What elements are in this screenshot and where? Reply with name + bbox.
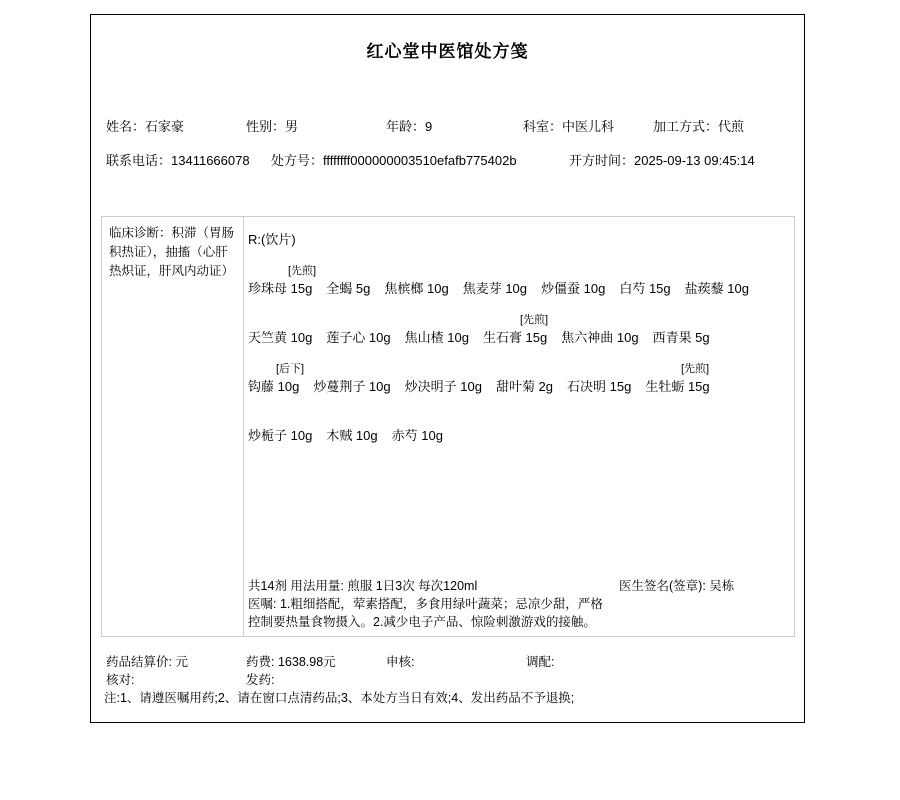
medicine-item: 焦麦芽 10g bbox=[463, 278, 527, 297]
issue-time-field: 开方时间：2025-09-13 09:45:14 bbox=[569, 150, 755, 169]
compound-label: 调配: bbox=[526, 655, 554, 669]
decoct-first-tag: [先煎] bbox=[520, 311, 548, 327]
rx-number-value: ffffffff000000003510efafb775402b bbox=[323, 153, 517, 168]
patient-name-field: 姓名：石家豪 bbox=[106, 116, 184, 135]
clinic-title: 红心堂中医馆处方笺 bbox=[91, 37, 804, 62]
medicine-line-4: 炒栀子 10g木贼 10g赤芍 10g bbox=[248, 425, 788, 444]
medicine-item: 焦山楂 10g bbox=[405, 327, 469, 346]
check-field: 核对: bbox=[106, 670, 134, 688]
medicine-item: 天竺黄 10g bbox=[248, 327, 312, 346]
usage-row: 共14剂 用法用量: 煎服 1日3次 每次120ml 医生签名(签章): 吴栋 bbox=[248, 577, 790, 595]
fee-value: 1638.98元 bbox=[278, 655, 336, 669]
gender-label: 性别： bbox=[246, 119, 285, 134]
prescription-table: 临床诊断：积滞（胃肠积热证），抽搐（心肝热炽证，肝风内动证） R:(饮片) [先… bbox=[101, 216, 795, 637]
medicine-item: 莲子心 10g bbox=[326, 327, 390, 346]
medicine-item: 白芍 15g bbox=[619, 278, 670, 297]
medicine-item: 赤芍 10g bbox=[392, 425, 443, 444]
review-field: 申核: bbox=[386, 652, 414, 670]
medicine-item: 炒僵蚕 10g bbox=[541, 278, 605, 297]
medicine-item: 木贼 10g bbox=[326, 425, 377, 444]
medicine-line-1: 珍珠母 15g全蝎 5g焦槟榔 10g焦麦芽 10g炒僵蚕 10g白芍 15g盐… bbox=[248, 278, 788, 297]
department-field: 科室：中医儿科 bbox=[523, 116, 614, 135]
medicine-item: 珍珠母 15g bbox=[248, 278, 312, 297]
compound-field: 调配: bbox=[526, 652, 554, 670]
medicine-item: 炒决明子 10g bbox=[405, 376, 482, 395]
fee-label: 药费: bbox=[246, 655, 274, 669]
rx-header: R:(饮片) bbox=[248, 229, 788, 248]
dispense-label: 发药: bbox=[246, 673, 274, 687]
prescription-sheet: 红心堂中医馆处方笺 姓名：石家豪 性别：男 年龄：9 科室：中医儿科 加工方式：… bbox=[90, 14, 805, 723]
tag-row-2: [先煎] bbox=[248, 311, 788, 324]
dose-usage-text: 共14剂 用法用量: 煎服 1日3次 每次120ml bbox=[248, 579, 477, 593]
tag-row-3: [后下] [先煎] bbox=[248, 360, 788, 373]
department-label: 科室： bbox=[523, 119, 562, 134]
prescription-page: 红心堂中医馆处方笺 姓名：石家豪 性别：男 年龄：9 科室：中医儿科 加工方式：… bbox=[0, 0, 900, 800]
phone-field: 联系电话：13411666078 bbox=[106, 150, 250, 169]
gender-field: 性别：男 bbox=[246, 116, 298, 135]
patient-name-label: 姓名： bbox=[106, 119, 145, 134]
processing-value: 代煎 bbox=[718, 119, 744, 134]
medicine-item: 西青果 5g bbox=[653, 327, 710, 346]
medicine-item: 全蝎 5g bbox=[326, 278, 370, 297]
processing-field: 加工方式：代煎 bbox=[653, 116, 744, 135]
gender-value: 男 bbox=[285, 119, 298, 134]
settle-price-value: 元 bbox=[175, 655, 188, 669]
processing-label: 加工方式： bbox=[653, 119, 718, 134]
decoct-first-tag: [先煎] bbox=[288, 262, 316, 278]
issue-time-label: 开方时间： bbox=[569, 153, 634, 168]
age-field: 年龄：9 bbox=[386, 116, 432, 135]
medicine-item: 炒栀子 10g bbox=[248, 425, 312, 444]
medicine-line-3: 钩藤 10g炒蔓荆子 10g炒决明子 10g甜叶菊 2g石决明 15g生牡蛎 1… bbox=[248, 376, 788, 395]
diagnosis-text: 临床诊断：积滞（胃肠积热证），抽搐（心肝热炽证，肝风内动证） bbox=[109, 224, 236, 281]
settle-price-label: 药品结算价: bbox=[106, 655, 172, 669]
medicine-item: 生牡蛎 15g bbox=[645, 376, 709, 395]
medicine-item: 焦槟榔 10g bbox=[384, 278, 448, 297]
medicine-line-2: 天竺黄 10g莲子心 10g焦山楂 10g生石膏 15g焦六神曲 10g西青果 … bbox=[248, 327, 788, 346]
settle-price-field: 药品结算价: 元 bbox=[106, 652, 188, 670]
rx-number-field: 处方号：ffffffff000000003510efafb775402b bbox=[271, 150, 517, 169]
phone-label: 联系电话： bbox=[106, 153, 171, 168]
check-label: 核对: bbox=[106, 673, 134, 687]
medicine-item: 盐蒺藜 10g bbox=[685, 278, 749, 297]
age-value: 9 bbox=[425, 119, 432, 134]
age-label: 年龄： bbox=[386, 119, 425, 134]
doctor-advice-line-1: 医嘱: 1.粗细搭配，荤素搭配，多食用绿叶蔬菜；忌凉少甜，严格 bbox=[248, 595, 790, 613]
tag-row-1: [先煎] bbox=[248, 262, 788, 275]
rx-footer: 共14剂 用法用量: 煎服 1日3次 每次120ml 医生签名(签章): 吴栋 … bbox=[248, 577, 790, 631]
medicine-item: 焦六神曲 10g bbox=[561, 327, 638, 346]
review-label: 申核: bbox=[386, 655, 414, 669]
add-later-tag: [后下] bbox=[276, 360, 304, 376]
issue-time-value: 2025-09-13 09:45:14 bbox=[634, 153, 755, 168]
rx-cell: R:(饮片) [先煎] 珍珠母 15g全蝎 5g焦槟榔 10g焦麦芽 10g炒僵… bbox=[244, 217, 794, 636]
medicine-item: 生石膏 15g bbox=[483, 327, 547, 346]
diagnosis-cell: 临床诊断：积滞（胃肠积热证），抽搐（心肝热炽证，肝风内动证） bbox=[102, 217, 244, 636]
dispense-field: 发药: bbox=[246, 670, 274, 688]
medicine-item: 石决明 15g bbox=[567, 376, 631, 395]
medicine-item: 钩藤 10g bbox=[248, 376, 299, 395]
decoct-first-tag: [先煎] bbox=[681, 360, 709, 376]
doctor-name: 吴栋 bbox=[709, 579, 734, 593]
medicine-item: 炒蔓荆子 10g bbox=[313, 376, 390, 395]
footer-note: 注:1、请遵医嘱用药;2、请在窗口点清药品;3、本处方当日有效;4、发出药品不予… bbox=[104, 688, 574, 706]
doctor-sign-label: 医生签名(签章): bbox=[619, 579, 709, 593]
department-value: 中医儿科 bbox=[562, 119, 614, 134]
fee-field: 药费: 1638.98元 bbox=[246, 652, 336, 670]
rx-number-label: 处方号： bbox=[271, 153, 323, 168]
doctor-advice-line-2: 控制要热量食物摄入。2.减少电子产品、惊险刺激游戏的接触。 bbox=[248, 613, 790, 631]
doctor-signature: 医生签名(签章): 吴栋 bbox=[619, 577, 734, 595]
phone-value: 13411666078 bbox=[171, 153, 250, 168]
medicine-item: 甜叶菊 2g bbox=[496, 376, 553, 395]
patient-name-value: 石家豪 bbox=[145, 119, 184, 134]
